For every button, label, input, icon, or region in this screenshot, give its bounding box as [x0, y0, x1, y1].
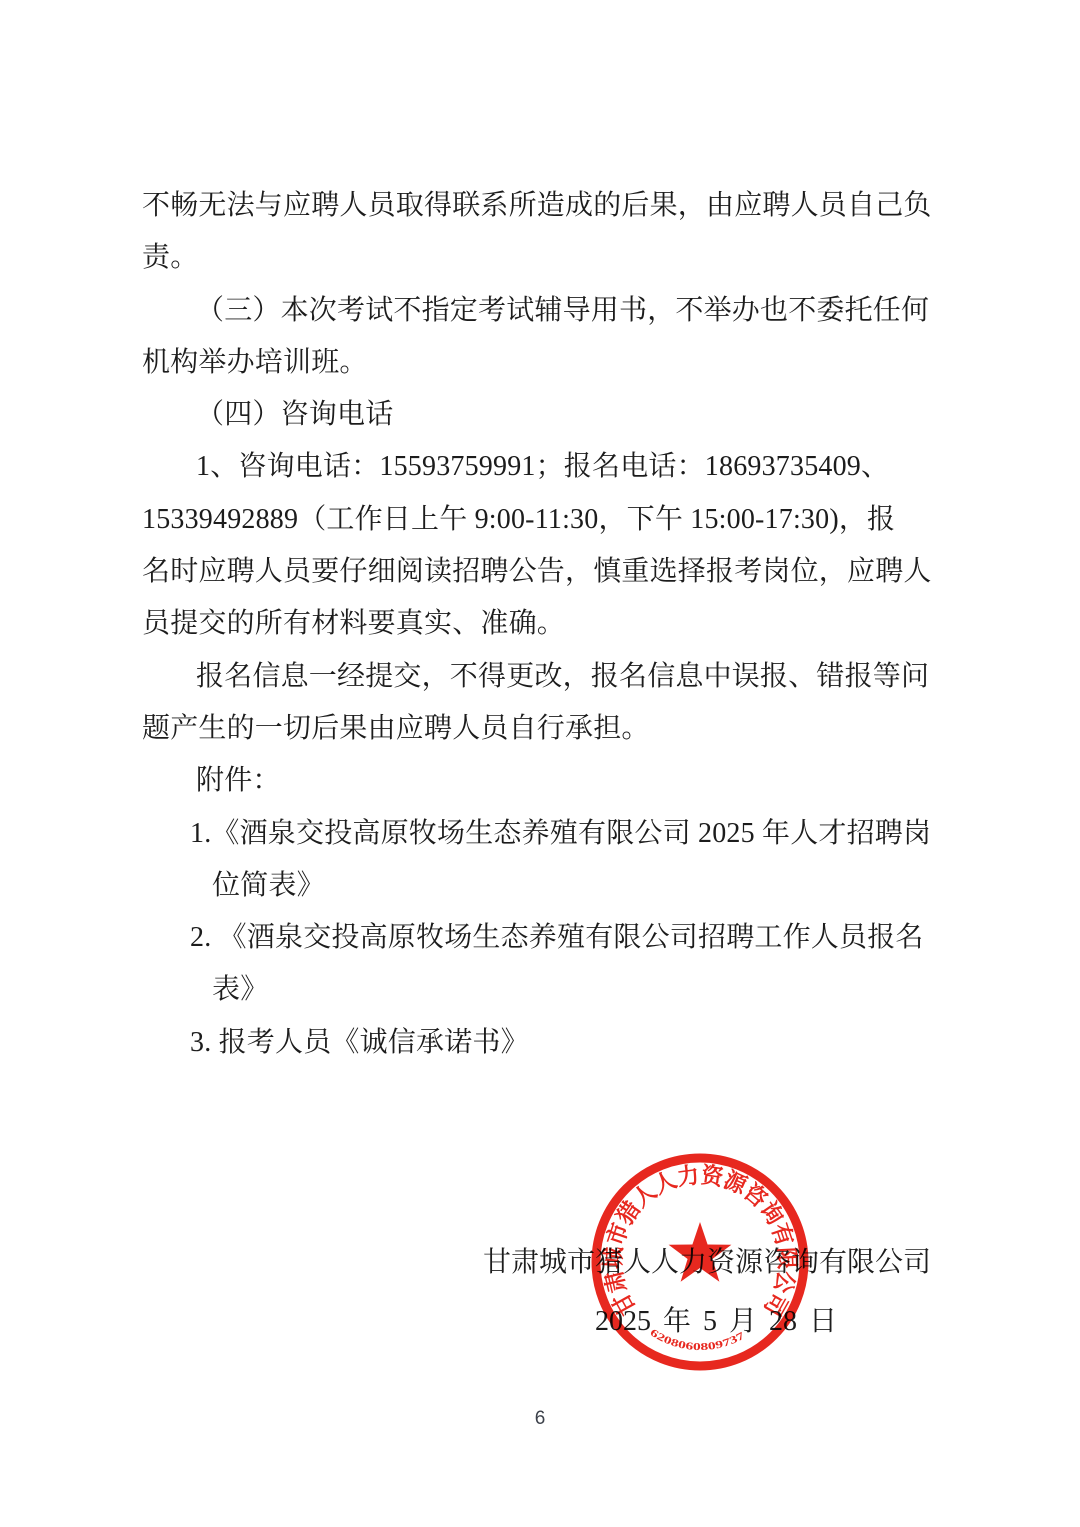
- text-line: 附件：: [142, 755, 942, 807]
- text-line: 3. 报考人员《诚信承诺书》: [142, 1017, 942, 1069]
- text-line: （三）本次考试不指定考试辅导用书，不举办也不委托任何: [142, 285, 942, 337]
- text-line: 名时应聘人员要仔细阅读招聘公告，慎重选择报考岗位，应聘人: [142, 546, 942, 598]
- text-line: 员提交的所有材料要真实、准确。: [142, 598, 942, 650]
- text-line: 1、咨询电话：15593759991；报名电话：18693735409、: [142, 441, 942, 493]
- text-line: （四）咨询电话: [142, 389, 942, 441]
- text-line: 责。: [142, 232, 942, 284]
- signature-company-name: 甘肃城市猎人人力资源咨询有限公司: [483, 1240, 931, 1280]
- text-line: 表》: [142, 964, 942, 1016]
- text-line: 15339492889（工作日上午 9:00-11:30，下午 15:00-17…: [142, 494, 942, 546]
- text-line: 题产生的一切后果由应聘人员自行承担。: [142, 703, 942, 755]
- text-line: 不畅无法与应聘人员取得联系所造成的后果，由应聘人员自己负: [142, 180, 942, 232]
- text-line: 1.《酒泉交投高原牧场生态养殖有限公司 2025 年人才招聘岗: [142, 808, 942, 860]
- signature-date: 2025 年 5 月 28 日: [595, 1299, 837, 1339]
- document-body: 不畅无法与应聘人员取得联系所造成的后果，由应聘人员自己负责。（三）本次考试不指定…: [142, 180, 942, 1069]
- page-number: 6: [0, 1408, 1080, 1430]
- text-line: 机构举办培训班。: [142, 337, 942, 389]
- text-line: 位简表》: [142, 860, 942, 912]
- text-line: 2. 《酒泉交投高原牧场生态养殖有限公司招聘工作人员报名: [142, 912, 942, 964]
- document-page: 不畅无法与应聘人员取得联系所造成的后果，由应聘人员自己负责。（三）本次考试不指定…: [0, 0, 1080, 1527]
- text-line: 报名信息一经提交，不得更改，报名信息中误报、错报等问: [142, 651, 942, 703]
